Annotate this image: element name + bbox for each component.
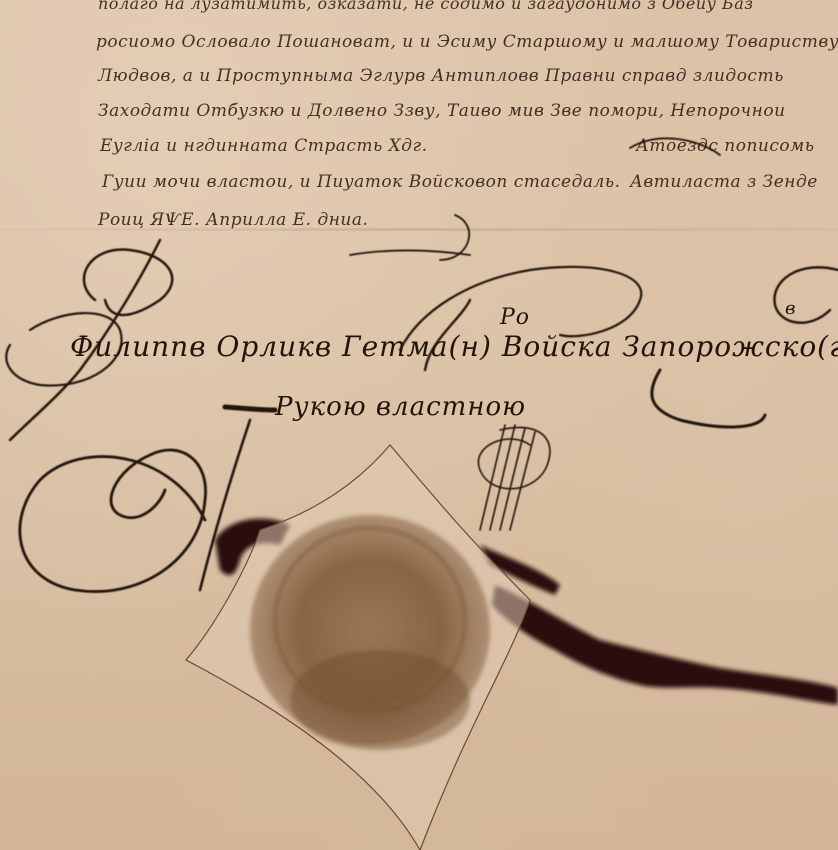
manuscript-photo: полаго на лузатимить, озказати, не содим… (0, 0, 838, 850)
signature-superscript-v: в (785, 298, 796, 319)
signature-superscript-ro: Ро (500, 305, 530, 330)
signature-line-2: Рукою властною (275, 392, 526, 422)
signature-line-1: Филиппв Орликв Гетма(н) Войска Запорожск… (70, 330, 838, 363)
ink-and-seal-layer (0, 0, 838, 850)
